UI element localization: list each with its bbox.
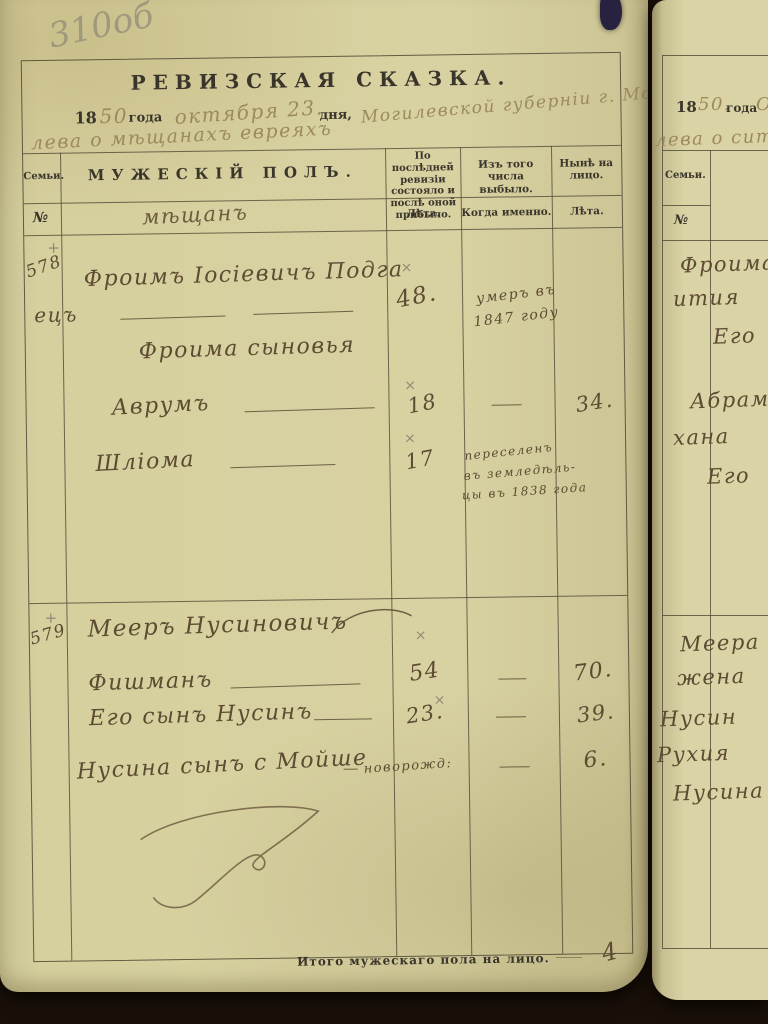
col-male-sub-handwritten: мѣщанъ bbox=[141, 200, 248, 229]
fragment-text: жена bbox=[677, 664, 746, 690]
head-name-579-line1: Мееръ Нусиновичъ bbox=[87, 608, 348, 642]
ditto-dash bbox=[120, 315, 225, 319]
son-age-prev-579: 23. bbox=[404, 699, 445, 729]
ditto-dash bbox=[245, 407, 375, 412]
sons-heading-578: Фроима сыновья bbox=[138, 333, 355, 365]
son2-departed-line2: въ земледѣль- bbox=[463, 460, 577, 483]
son-name-579: Его сынъ Нусинъ bbox=[89, 699, 314, 731]
left-page: 310об РЕВИЗСКАЯ СКАЗКА. 18 50 года октяб… bbox=[0, 0, 648, 992]
ditto-dash bbox=[253, 311, 353, 315]
grandson-present-579: 6. bbox=[582, 746, 609, 774]
fragment-text: Его bbox=[707, 463, 751, 488]
col-departed-sub: Когда именно. bbox=[461, 206, 552, 220]
table-line bbox=[662, 205, 710, 206]
col-prev-sub: Лѣта. bbox=[386, 207, 461, 220]
departed-dash bbox=[498, 678, 526, 679]
year-printed: 18 bbox=[74, 108, 97, 127]
table-line bbox=[551, 146, 563, 954]
col-family-no: № bbox=[674, 213, 688, 228]
head-departed-578-line1: умеръ въ bbox=[475, 282, 557, 307]
col-family: Семьи. bbox=[23, 171, 60, 183]
son2-departed-line1: переселенъ bbox=[464, 440, 554, 463]
table-line bbox=[662, 240, 768, 241]
head-age-prev-578: 48. bbox=[394, 280, 439, 313]
table-line bbox=[662, 55, 768, 56]
ditto-dash bbox=[230, 464, 335, 468]
table-line bbox=[662, 55, 663, 948]
pencil-cross-mark: × bbox=[415, 628, 427, 644]
head-name-578-line2: ецъ bbox=[34, 302, 78, 327]
son1-name: Аврумъ bbox=[111, 391, 210, 421]
fragment-text: Нусина bbox=[673, 778, 765, 805]
ditto-dash bbox=[344, 769, 358, 770]
head-name-578-line1: Фроимъ Іосіевичъ Подга bbox=[83, 257, 404, 292]
head-present-579: 70. bbox=[572, 657, 614, 687]
head-age-prev-579: 54 bbox=[408, 657, 442, 686]
revision-table: РЕВИЗСКАЯ СКАЗКА. 18 50 года октября 23.… bbox=[21, 52, 634, 962]
fragment-text: Фроима bbox=[680, 250, 768, 277]
pencil-cross-mark: × bbox=[404, 431, 416, 447]
col-male-sex: МУЖЕСКІЙ ПОЛЪ. bbox=[60, 163, 385, 185]
table-line bbox=[662, 615, 768, 616]
table-line bbox=[24, 195, 622, 204]
son2-age-prev: 17 bbox=[403, 445, 437, 474]
table-line bbox=[29, 595, 627, 604]
departed-dash bbox=[496, 716, 526, 717]
total-males-label: Итого мужескаго пола на лицо. bbox=[297, 951, 550, 969]
departed-dash bbox=[500, 766, 530, 767]
pencil-cross-mark: × bbox=[404, 378, 416, 394]
ditto-dash bbox=[314, 718, 372, 720]
fragment-text: Рухия bbox=[657, 741, 731, 768]
table-line bbox=[460, 147, 472, 955]
son-present-579: 39. bbox=[576, 699, 616, 727]
departed-dash bbox=[492, 404, 522, 405]
table-line bbox=[662, 948, 768, 949]
footer-dash bbox=[556, 957, 582, 958]
folio-number-pencil: 310об bbox=[45, 0, 157, 57]
year-word: года bbox=[128, 110, 162, 125]
place-handwritten: лева о сит bbox=[655, 126, 768, 151]
grandson-name-579: Нусина сынъ с Мойше bbox=[76, 745, 368, 784]
pen-flourish bbox=[329, 604, 414, 635]
son2-name: Шліома bbox=[95, 447, 196, 477]
table-line bbox=[60, 153, 72, 961]
son1-age-prev: 18 bbox=[406, 389, 440, 418]
year-handwritten: 50 bbox=[99, 104, 128, 128]
fragment-text: хана bbox=[673, 424, 731, 450]
table-line bbox=[24, 227, 622, 236]
head-name-579-line2: Фишманъ bbox=[88, 668, 213, 697]
col-present-sub: Лѣта. bbox=[552, 205, 622, 218]
col-family: Семьи. bbox=[665, 170, 706, 181]
pencil-cross-mark: × bbox=[401, 260, 413, 276]
fragment-text: Нусин bbox=[660, 705, 738, 732]
fragment-text: Меера bbox=[680, 630, 761, 657]
grandson-age-note: новорожд: bbox=[363, 756, 453, 777]
fragment-text: ития bbox=[673, 285, 741, 311]
family-number-578: 578 bbox=[23, 252, 64, 283]
family-number-579: 579 bbox=[28, 620, 69, 649]
col-present: Нынѣ на лицо. bbox=[553, 157, 619, 183]
head-departed-578-line2: 1847 году bbox=[473, 304, 560, 330]
page-title: РЕВИЗСКАЯ СКАЗКА. bbox=[22, 65, 620, 97]
fragment-text: Абрам bbox=[690, 387, 768, 414]
ditto-dash bbox=[231, 683, 361, 688]
fragment-text: Его bbox=[713, 323, 757, 348]
right-page: 18 50. года Ок лева о сит Семьи. № Фроим… bbox=[652, 0, 768, 1000]
son2-departed-line3: цы въ 1838 года bbox=[461, 480, 587, 502]
col-departed: Изъ того числа выбыло. bbox=[463, 158, 549, 196]
pen-flourish-doodle bbox=[122, 795, 364, 923]
year-printed: 18 bbox=[676, 98, 697, 116]
son1-present-age: 34. bbox=[574, 387, 615, 417]
date-handwritten: Ок bbox=[756, 94, 768, 115]
col-family-no: № bbox=[33, 210, 48, 226]
year-word: года bbox=[726, 101, 757, 115]
